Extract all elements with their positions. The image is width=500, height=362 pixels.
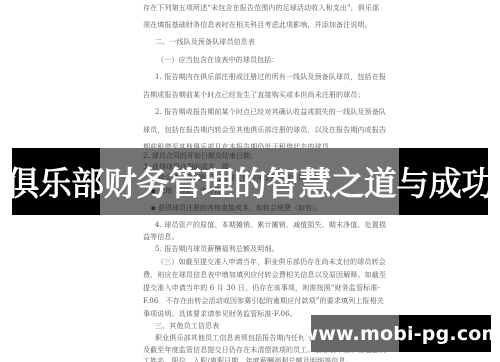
doc-line: 1. 报告期内在俱乐部注册或注册过的所有一线队及预备队球员，包括在报 [155, 72, 386, 82]
watermark-url: www.mobi-pg.com [311, 315, 491, 352]
section-heading: 二、一线队及预备队球员信息表 [155, 37, 255, 47]
doc-line: 2. 报告期或报告期前某个时点已经对其确认收益或损失的一线队及预备队 [155, 107, 386, 117]
subsection-heading: （一）应当包含在该表中的球员包括： [157, 55, 279, 65]
doc-line: 须在填报基础财务信息表时在相关科目考虑此项影响，并添加备注说明。 [143, 20, 372, 30]
document-page: 存在下列第五项所述“未包含在报告范围内的足球活动收入和支出”，俱乐部 须在填报基… [0, 0, 500, 362]
section-heading: 三、其他员工信息表 [155, 321, 219, 331]
doc-line: 益等信息。 [143, 232, 179, 242]
doc-line: 4. 球员资产的原值、本期摊销、累计摊销、减值损失、期末净值、处置损 [155, 220, 386, 230]
doc-line: 存在下列第五项所述“未包含在报告范围内的足球活动收入和支出”，俱乐部 [143, 3, 379, 13]
subsection-heading: （三）如截至提交准入申请当年，职业俱乐部仍存在尚未支付的球员转会 [157, 257, 386, 267]
doc-line: 工姓名、职位、入职/离职日期、年度薪酬福利总额及明细等信息。 [143, 356, 353, 362]
doc-line: 球员，包括在报告期内转会至其他俱乐部注册的球员，以及在报告期内或报告 [143, 125, 386, 135]
doc-line: 提交准入申请当年的 6 月 30 日，仍存在该事项，则需按照“财务监管标准- [143, 283, 380, 293]
title-banner: 2. 球员合同的开始日期及结束日期； 3. 获得球员注册的成本，即： ▪ 转会费… [12, 148, 488, 215]
doc-line: 5. 报告期内球员薪酬福利总额及明细。 [155, 244, 279, 254]
banner-title: 足球俱乐部财务管理的智慧之道与成功之路 [12, 148, 488, 215]
site-watermark: www.mobi-pg.com [311, 315, 491, 352]
doc-line: 事项说明。具体要求请参见财务监管标准-F.06。 [143, 309, 297, 319]
doc-line: F.06 不存在由转会活动或因参赛引起的逾期应付款项”的要求填列上报相关 [143, 296, 384, 306]
doc-line: 告期或报告期前某个时点已经发生了直接购买或本但尚未注册的球员； [143, 90, 365, 100]
doc-line: 费，则应在球员信息表中增加填列应付转会费相关信息以及原因解释。如截至 [143, 270, 386, 280]
